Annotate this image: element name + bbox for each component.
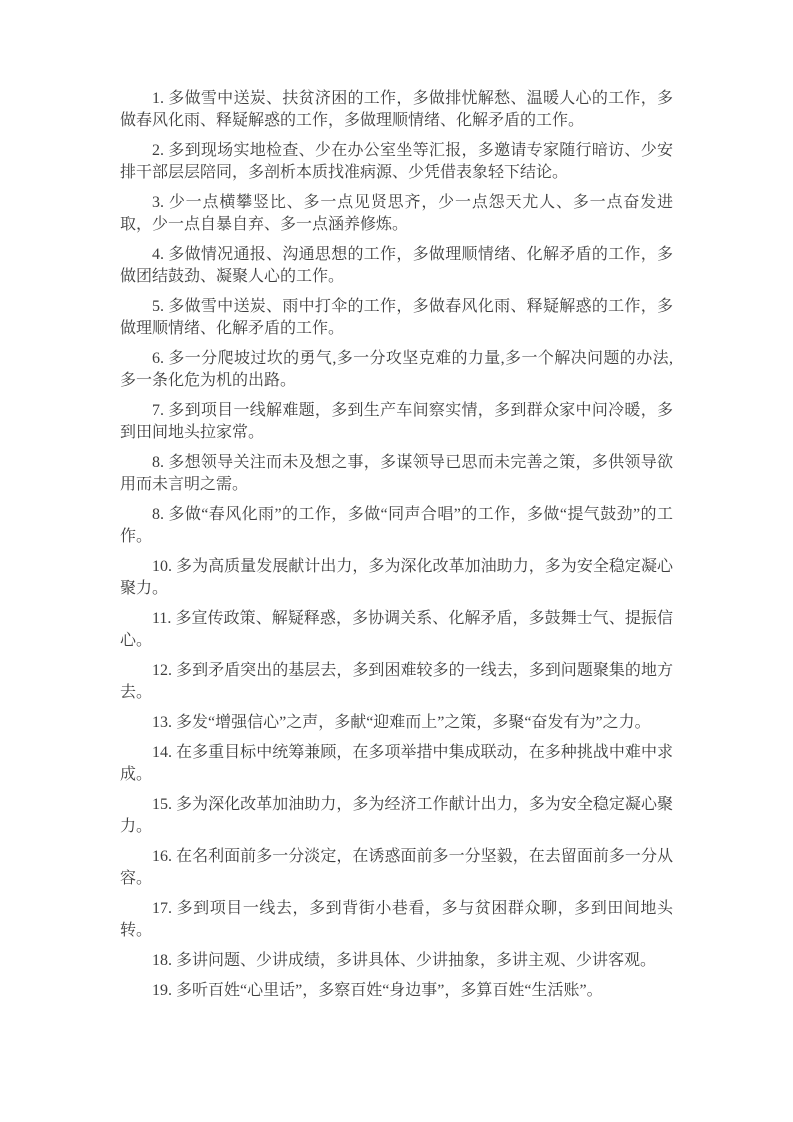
list-item-2: 2. 多到现场实地检查、少在办公室坐等汇报，多邀请专家随行暗访、少安排干部层层陪… <box>120 140 673 184</box>
list-item-19: 19. 多听百姓“心里话”，多察百姓“身边事”，多算百姓“生活账”。 <box>120 980 673 1002</box>
document-page: 1. 多做雪中送炭、扶贫济困的工作，多做排忧解愁、温暖人心的工作，多做春风化雨、… <box>0 0 793 1122</box>
list-item-4: 4. 多做情况通报、沟通思想的工作，多做理顺情绪、化解矛盾的工作，多做团结鼓劲、… <box>120 244 673 288</box>
list-item-7: 7. 多到项目一线解难题，多到生产车间察实情，多到群众家中问冷暖，多到田间地头拉… <box>120 400 673 444</box>
list-item-10: 10. 多为高质量发展献计出力，多为深化改革加油助力，多为安全稳定凝心聚力。 <box>120 556 673 600</box>
list-item-16: 16. 在名利面前多一分淡定，在诱惑面前多一分坚毅，在去留面前多一分从容。 <box>120 846 673 890</box>
list-item-5: 5. 多做雪中送炭、雨中打伞的工作，多做春风化雨、释疑解惑的工作，多做理顺情绪、… <box>120 296 673 340</box>
list-item-13: 13. 多发“增强信心”之声，多献“迎难而上”之策，多聚“奋发有为”之力。 <box>120 712 673 734</box>
list-item-17: 17. 多到项目一线去，多到背街小巷看，多与贫困群众聊，多到田间地头转。 <box>120 898 673 942</box>
list-item-8b: 8. 多做“春风化雨”的工作，多做“同声合唱”的工作，多做“提气鼓劲”的工作。 <box>120 504 673 548</box>
list-item-15: 15. 多为深化改革加油助力，多为经济工作献计出力，多为安全稳定凝心聚力。 <box>120 794 673 838</box>
list-item-8: 8. 多想领导关注而未及想之事，多谋领导已思而未完善之策，多供领导欲用而未言明之… <box>120 452 673 496</box>
list-item-1: 1. 多做雪中送炭、扶贫济困的工作，多做排忧解愁、温暖人心的工作，多做春风化雨、… <box>120 88 673 132</box>
document-body: 1. 多做雪中送炭、扶贫济困的工作，多做排忧解愁、温暖人心的工作，多做春风化雨、… <box>120 88 673 1010</box>
list-item-18: 18. 多讲问题、少讲成绩，多讲具体、少讲抽象，多讲主观、少讲客观。 <box>120 950 673 972</box>
list-item-11: 11. 多宣传政策、解疑释惑，多协调关系、化解矛盾，多鼓舞士气、提振信心。 <box>120 608 673 652</box>
list-item-12: 12. 多到矛盾突出的基层去，多到困难较多的一线去，多到问题聚集的地方去。 <box>120 660 673 704</box>
list-item-3: 3. 少一点横攀竖比、多一点见贤思齐，少一点怨天尤人、多一点奋发进取，少一点自暴… <box>120 192 673 236</box>
list-item-14: 14. 在多重目标中统筹兼顾，在多项举措中集成联动，在多种挑战中难中求成。 <box>120 742 673 786</box>
list-item-6: 6. 多一分爬坡过坎的勇气,多一分攻坚克难的力量,多一个解决问题的办法,多一条化… <box>120 348 673 392</box>
